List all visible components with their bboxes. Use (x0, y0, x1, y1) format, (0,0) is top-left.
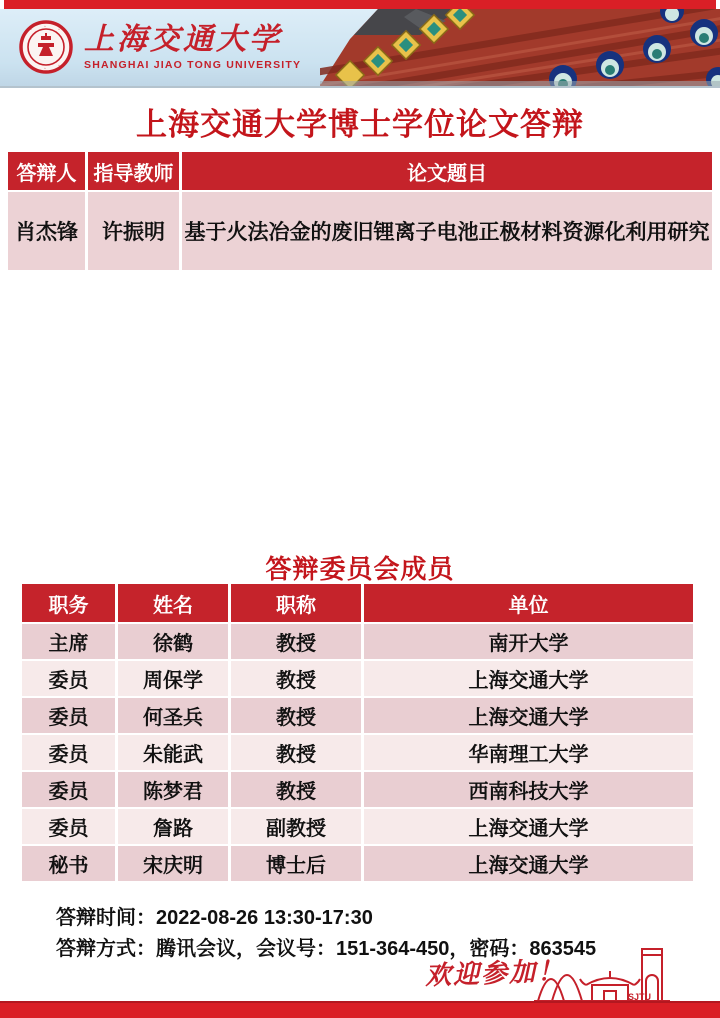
member-title: 教授 (231, 698, 364, 733)
defender-name: 肖杰锋 (8, 192, 88, 270)
member-affiliation: 华南理工大学 (364, 735, 693, 770)
committee-table: 职务 姓名 职称 单位 主席 徐鹤 教授 南开大学 委员 周保学 教授 上海交通… (22, 584, 693, 881)
university-logo: ◦◦◦ ◦◦◦ 上海交通大学 SHANGHAI JIAO TONG UNIVER… (18, 19, 301, 75)
member-name: 何圣兵 (118, 698, 231, 733)
svg-text:◦: ◦ (30, 27, 32, 33)
header-name: 姓名 (118, 584, 231, 622)
member-affiliation: 上海交通大学 (364, 698, 693, 733)
committee-row: 委员 周保学 教授 上海交通大学 (22, 659, 693, 696)
member-title: 教授 (231, 624, 364, 659)
member-title: 副教授 (231, 809, 364, 844)
member-name: 徐鹤 (118, 624, 231, 659)
svg-text:◦: ◦ (44, 24, 46, 30)
svg-text:◦: ◦ (58, 63, 60, 69)
thesis-table-header: 答辩人 指导教师 论文题目 (8, 152, 712, 190)
member-name: 宋庆明 (118, 846, 231, 881)
member-name: 朱能武 (118, 735, 231, 770)
committee-section-title: 答辩委员会成员 (0, 549, 720, 586)
bottom-red-bar (0, 1001, 720, 1018)
member-title: 博士后 (231, 846, 364, 881)
thesis-title: 基于火法冶金的废旧锂离子电池正极材料资源化利用研究 (182, 192, 712, 270)
defense-time-line: 答辩时间：2022-08-26 13:30-17:30 (56, 903, 596, 934)
thesis-table: 答辩人 指导教师 论文题目 肖杰锋 许振明 基于火法冶金的废旧锂离子电池正极材料… (8, 152, 712, 270)
member-role: 秘书 (22, 846, 118, 881)
member-name: 詹路 (118, 809, 231, 844)
member-title: 教授 (231, 661, 364, 696)
header-defender: 答辩人 (8, 152, 88, 190)
member-role: 委员 (22, 698, 118, 733)
committee-row: 委员 朱能武 教授 华南理工大学 (22, 733, 693, 770)
member-title: 教授 (231, 772, 364, 807)
header-title: 职称 (231, 584, 364, 622)
header-banner: ◦◦◦ ◦◦◦ 上海交通大学 SHANGHAI JIAO TONG UNIVER… (0, 9, 720, 88)
temple-roof-graphic (320, 9, 720, 86)
university-name-en: SHANGHAI JIAO TONG UNIVERSITY (84, 59, 301, 71)
member-affiliation: 西南科技大学 (364, 772, 693, 807)
university-name-cn: 上海交通大学 (84, 24, 301, 56)
member-title: 教授 (231, 735, 364, 770)
committee-row: 委员 詹路 副教授 上海交通大学 (22, 807, 693, 844)
member-role: 委员 (22, 661, 118, 696)
member-name: 周保学 (118, 661, 231, 696)
member-affiliation: 上海交通大学 (364, 661, 693, 696)
member-affiliation: 上海交通大学 (364, 809, 693, 844)
sjtu-seal-icon: ◦◦◦ ◦◦◦ (18, 19, 74, 75)
member-role: 主席 (22, 624, 118, 659)
header-advisor: 指导教师 (88, 152, 182, 190)
member-affiliation: 上海交通大学 (364, 846, 693, 881)
committee-row: 主席 徐鹤 教授 南开大学 (22, 622, 693, 659)
page-title: 上海交通大学博士学位论文答辩 (0, 99, 720, 144)
member-role: 委员 (22, 772, 118, 807)
header-role: 职务 (22, 584, 118, 622)
header-thesis-title: 论文题目 (182, 152, 712, 190)
sjtu-skyline-graphic: SJTU (534, 943, 670, 1005)
member-role: 委员 (22, 735, 118, 770)
committee-row: 委员 何圣兵 教授 上海交通大学 (22, 696, 693, 733)
committee-row: 委员 陈梦君 教授 西南科技大学 (22, 770, 693, 807)
svg-text:◦: ◦ (44, 66, 46, 72)
svg-text:◦: ◦ (30, 63, 32, 69)
member-role: 委员 (22, 809, 118, 844)
svg-text:◦: ◦ (58, 27, 60, 33)
thesis-table-row: 肖杰锋 许振明 基于火法冶金的废旧锂离子电池正极材料资源化利用研究 (8, 190, 712, 270)
committee-row: 秘书 宋庆明 博士后 上海交通大学 (22, 844, 693, 881)
member-name: 陈梦君 (118, 772, 231, 807)
committee-table-header: 职务 姓名 职称 单位 (22, 584, 693, 622)
member-affiliation: 南开大学 (364, 624, 693, 659)
advisor-name: 许振明 (88, 192, 182, 270)
header-affiliation: 单位 (364, 584, 693, 622)
